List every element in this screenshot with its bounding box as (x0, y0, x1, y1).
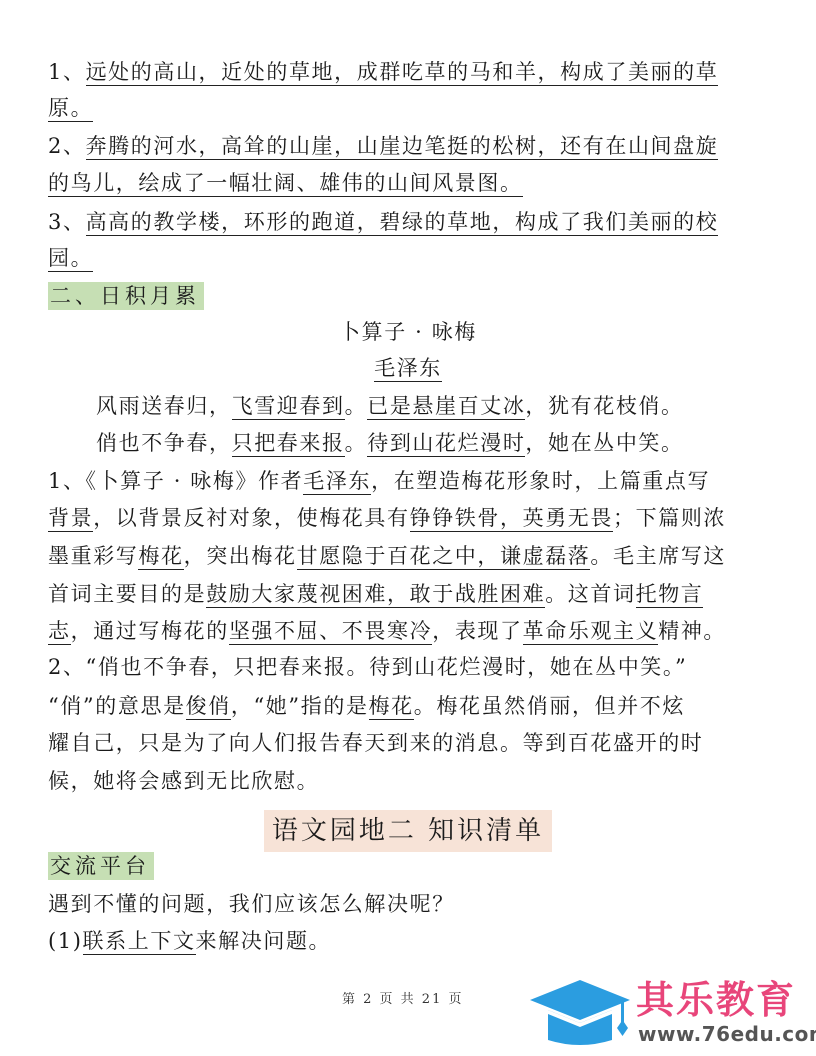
text: ，犹有花枝俏。 (525, 394, 683, 418)
underlined-text: 托物言 (636, 582, 704, 608)
text: ；下篇则浓 (613, 506, 726, 530)
q2-line-1: 2、“俏也不争春，只把春来报。待到山花烂漫时，她在丛中笑。” (48, 652, 773, 682)
text: 。这首词 (545, 582, 635, 606)
graduation-cap-icon (526, 978, 634, 1048)
q2-line-3: 耀自己，只是为了向人们报告春天到来的消息。等到百花盛开的时 (48, 728, 773, 758)
section-heading-rijiyuelei: 二、日积月累 (48, 281, 773, 311)
text: 俏也不争春， (96, 431, 232, 455)
text: ，通过写梅花的 (71, 619, 229, 643)
underlined-text: 飞雪迎春到 (232, 394, 345, 420)
item-1-line-2: 原。 (48, 93, 773, 123)
underlined-text: 毛泽东 (303, 469, 371, 495)
chapter-title: 语文园地二 知识清单 (0, 810, 816, 852)
author-name: 毛泽东 (374, 356, 442, 382)
text: 。 (345, 431, 368, 455)
underlined-text: 背景 (48, 506, 93, 532)
heading-text: 交流平台 (48, 852, 154, 880)
underlined-text: 俊俏 (186, 694, 231, 720)
q1-line-1: 1、《卜算子 · 咏梅》作者毛泽东，在塑造梅花形象时，上篇重点写 (48, 466, 773, 496)
item-3-line-2: 园。 (48, 243, 773, 273)
underlined-text: 已是悬崖百丈冰 (367, 394, 525, 420)
underlined-text: 梅花 (138, 544, 183, 570)
answer-text: 奔腾的河水，高耸的山崖，山崖边笔挺的松树，还有在山间盘旋 (86, 134, 719, 160)
text: 首词主要目的是 (48, 582, 206, 606)
item-number: (1) (48, 929, 83, 953)
text: 精神。 (658, 619, 726, 643)
underlined-text: 鼓励大家蔑视困难，敢于战胜困难 (206, 582, 545, 608)
underlined-text: 联系上下文 (83, 929, 196, 955)
item-number: 2、 (48, 134, 86, 158)
text: 来解决问题。 (196, 929, 332, 953)
answer-text: 原。 (48, 96, 93, 122)
q1-line-4: 首词主要目的是鼓励大家蔑视困难，敢于战胜困难。这首词托物言 (48, 579, 773, 609)
page-number: 第 2 页 共 21 页 (342, 988, 463, 1007)
q1-line-3: 墨重彩写梅花，突出梅花甘愿隐于百花之中，谦虚磊落。毛主席写这 (48, 541, 773, 571)
text: 。毛主席写这 (590, 544, 726, 568)
item-2-line-2: 的鸟儿，绘成了一幅壮阔、雄伟的山间风景图。 (48, 168, 773, 198)
text: 1、《卜算子 · 咏梅》作者 (48, 469, 303, 493)
underlined-text: 坚强不屈、不畏寒冷 (229, 619, 432, 645)
poem-line-1: 风雨送春归，飞雪迎春到。已是悬崖百丈冰，犹有花枝俏。 (96, 391, 816, 421)
text: ，表现了 (432, 619, 522, 643)
item-number: 1、 (48, 60, 86, 84)
item-number: 3、 (48, 210, 86, 234)
underlined-text: 铮铮铁骨，英勇无畏 (410, 506, 613, 532)
method-1-line: (1)联系上下文来解决问题。 (48, 926, 773, 956)
underlined-text: 志 (48, 619, 71, 645)
q2-line-2: “俏”的意思是俊俏，“她”指的是梅花。梅花虽然俏丽，但并不炫 (48, 691, 773, 721)
text: ，以背景反衬对象，使梅花具有 (93, 506, 409, 530)
item-3-line-1: 3、高高的教学楼，环形的跑道，碧绿的草地，构成了我们美丽的校 (48, 207, 773, 237)
question-line: 遇到不懂的问题，我们应该怎么解决呢？ (48, 889, 773, 919)
logo-url: www.76edu.com (638, 1022, 816, 1046)
answer-text: 高高的教学楼，环形的跑道，碧绿的草地，构成了我们美丽的校 (86, 210, 719, 236)
text: ，突出梅花 (184, 544, 297, 568)
chapter-title-text: 语文园地二 知识清单 (264, 810, 552, 852)
text: “俏”的意思是 (48, 694, 186, 718)
answer-text: 远处的高山，近处的草地，成群吃草的马和羊，构成了美丽的草 (86, 60, 719, 86)
underlined-text: 待到山花烂漫时 (367, 431, 525, 457)
text: ，“她”指的是 (231, 694, 369, 718)
underlined-text: 梅花 (369, 694, 414, 720)
text: 风雨送春归， (96, 394, 232, 418)
poem-author: 毛泽东 (0, 353, 816, 383)
q1-line-2: 背景，以背景反衬对象，使梅花具有铮铮铁骨，英勇无畏；下篇则浓 (48, 503, 773, 533)
text: 。 (345, 394, 368, 418)
underlined-text: 革命乐观主义 (523, 619, 659, 645)
section-heading-jiaoliupingtai: 交流平台 (48, 851, 773, 881)
text: ，她在丛中笑。 (525, 431, 683, 455)
poem-line-2: 俏也不争春，只把春来报。待到山花烂漫时，她在丛中笑。 (96, 428, 816, 458)
answer-text: 的鸟儿，绘成了一幅壮阔、雄伟的山间风景图。 (48, 171, 523, 197)
heading-text: 二、日积月累 (48, 282, 204, 310)
poem-title: 卜算子 · 咏梅 (0, 317, 816, 347)
q2-line-4: 候，她将会感到无比欣慰。 (48, 766, 773, 796)
item-2-line-1: 2、奔腾的河水，高耸的山崖，山崖边笔挺的松树，还有在山间盘旋 (48, 131, 773, 161)
item-1-line-1: 1、远处的高山，近处的草地，成群吃草的马和羊，构成了美丽的草 (48, 57, 773, 87)
text: ，在塑造梅花形象时，上篇重点写 (371, 469, 710, 493)
underlined-text: 只把春来报 (232, 431, 345, 457)
logo-name: 其乐教育 (636, 978, 796, 1022)
underlined-text: 甘愿隐于百花之中，谦虚磊落 (297, 544, 591, 570)
qile-edu-logo: 其乐教育 www.76edu.com (526, 978, 816, 1048)
text: 墨重彩写 (48, 544, 138, 568)
answer-text: 园。 (48, 246, 93, 272)
q1-line-5: 志，通过写梅花的坚强不屈、不畏寒冷，表现了革命乐观主义精神。 (48, 616, 773, 646)
text: 。梅花虽然俏丽，但并不炫 (414, 694, 685, 718)
